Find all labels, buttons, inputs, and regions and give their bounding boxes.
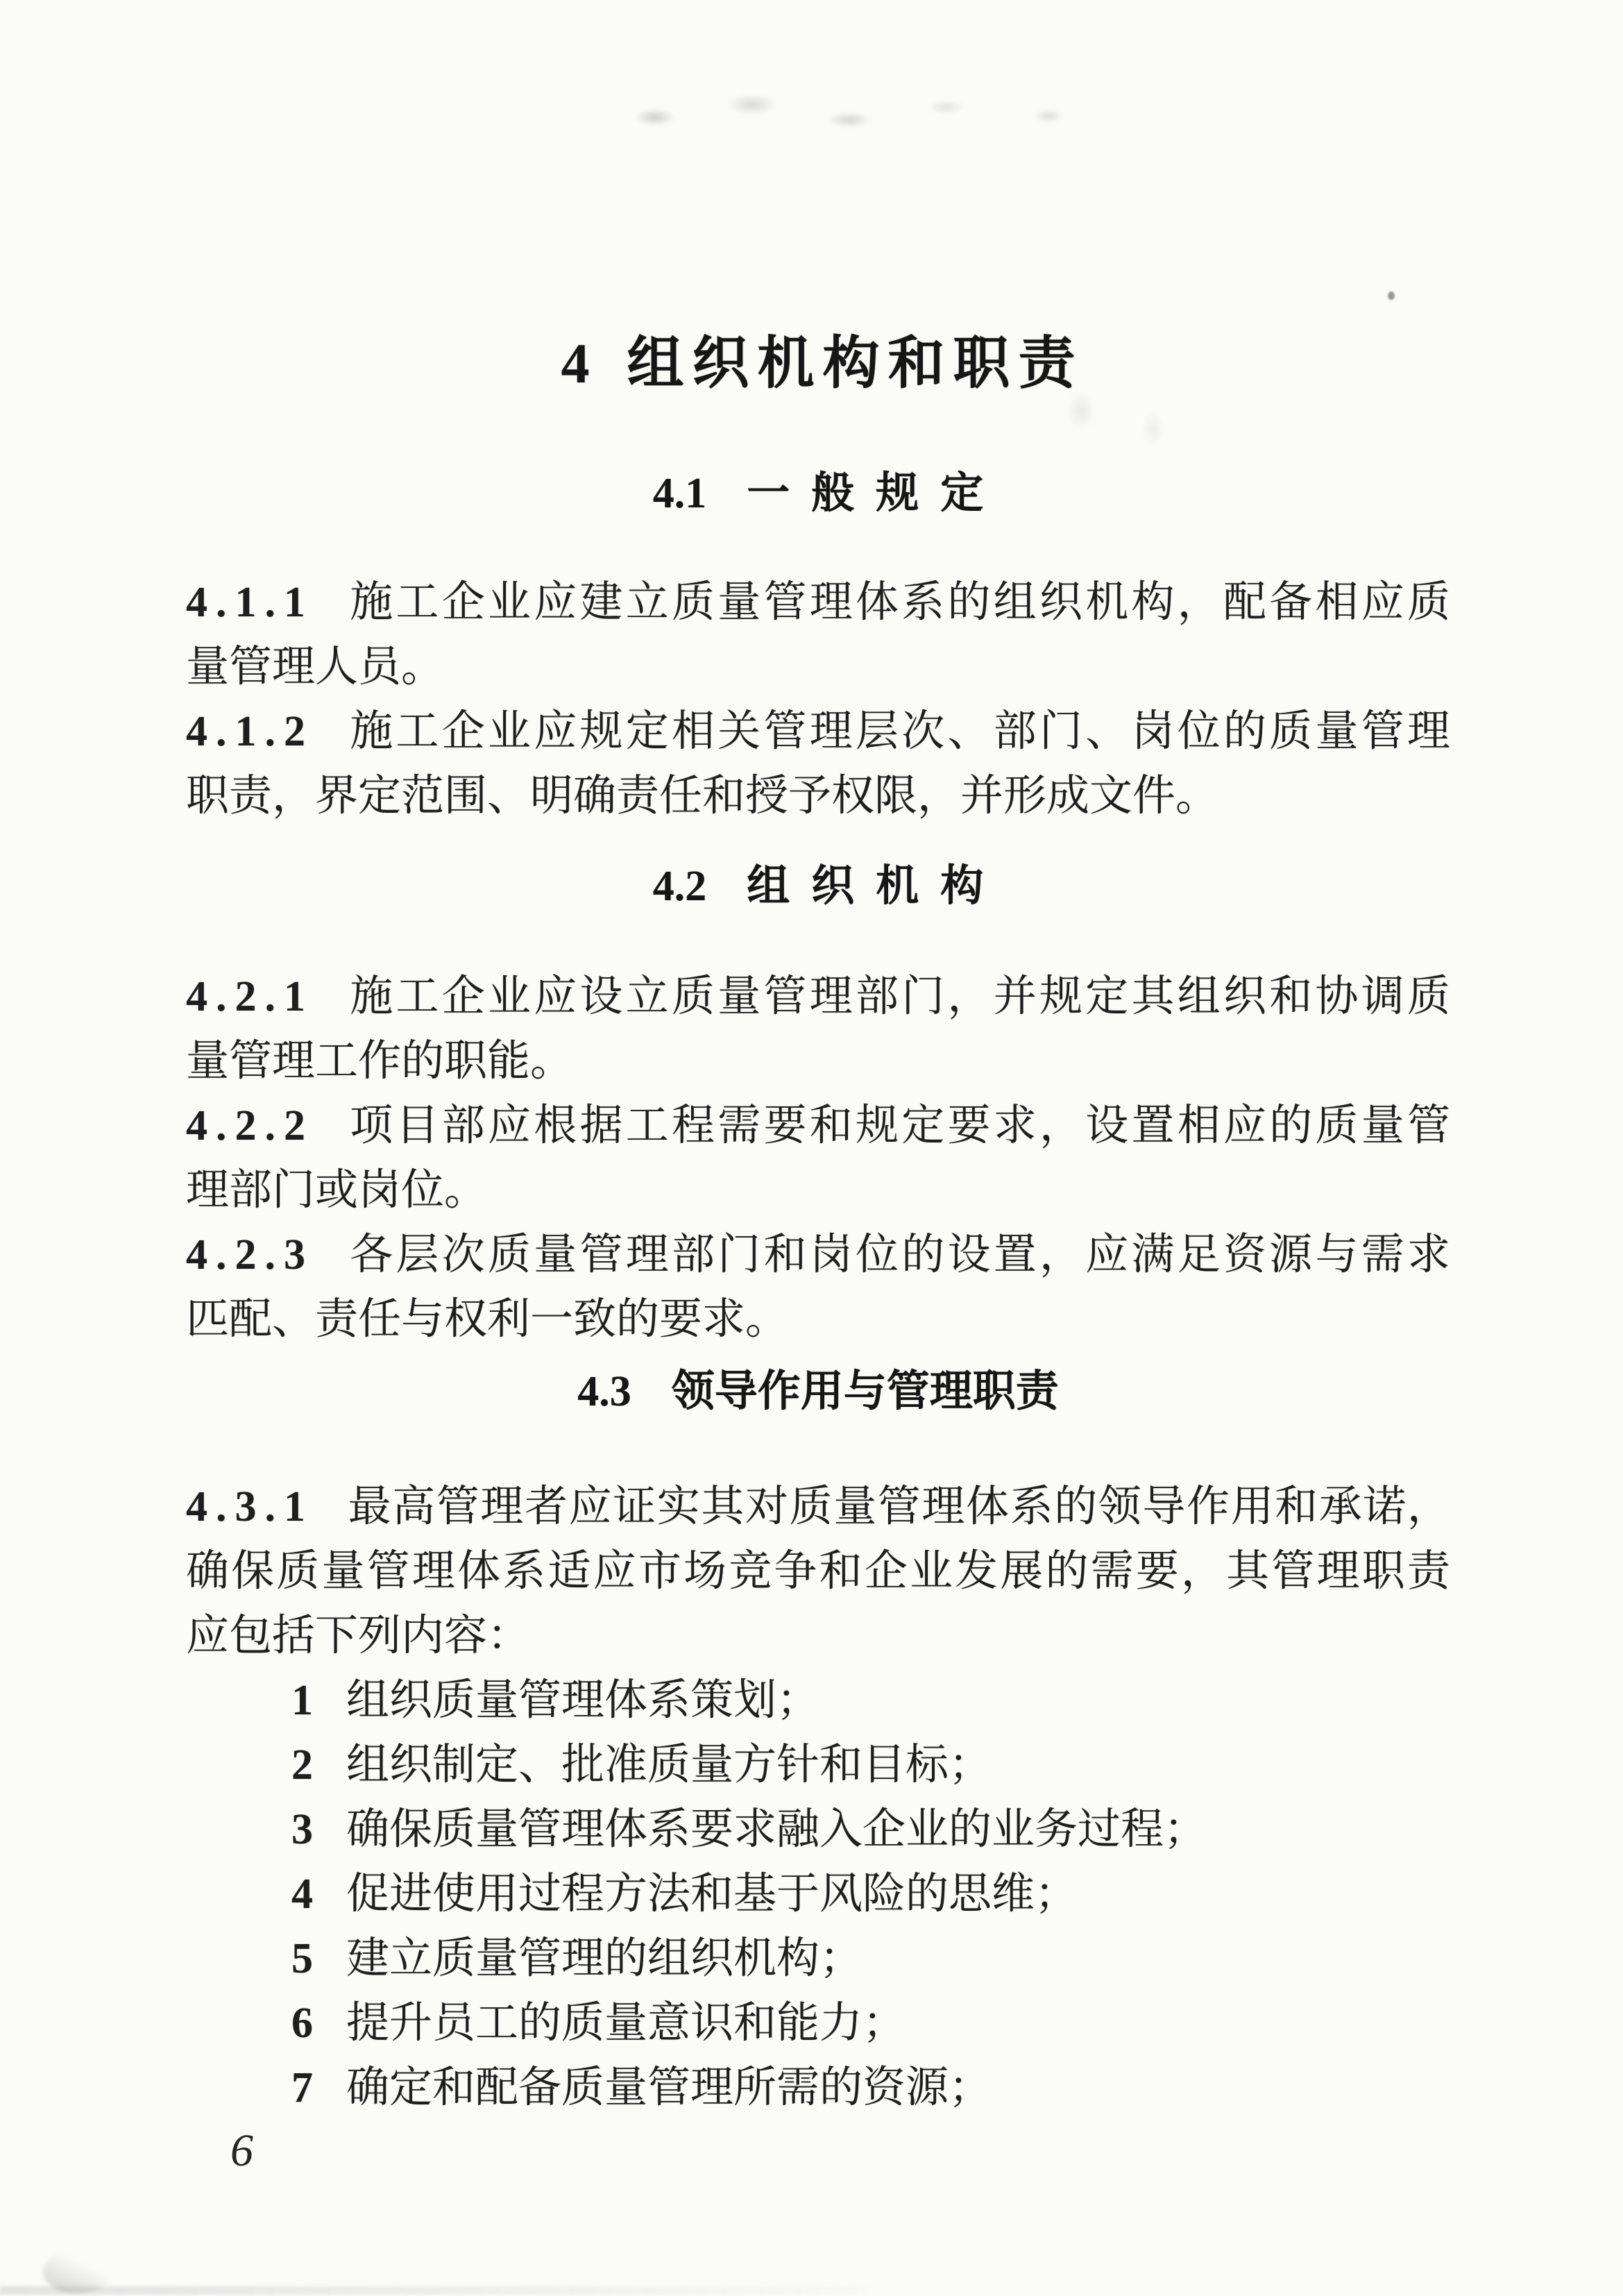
clause-4-3-1: 4.3.1最高管理者应证实其对质量管理体系的领导作用和承诺， 确保质量管理体系适…: [186, 1475, 1450, 1669]
scanned-document-page: 4组织机构和职责 4.1一般规定 4.1.1施工企业应建立质量管理体系的组织机构…: [0, 0, 1623, 2296]
list-item: 7确定和配备质量管理所需的资源；: [186, 2056, 1450, 2120]
chapter-title-text: 组织机构和职责: [627, 332, 1083, 395]
clause-number: 4.1.2: [186, 708, 314, 755]
list-item: 3确保质量管理体系要求融入企业的业务过程；: [186, 1798, 1450, 1862]
list-item: 6提升员工的质量意识和能力；: [186, 1991, 1450, 2056]
clause-line: 匹配、责任与权利一致的要求。: [186, 1288, 1450, 1352]
scan-edge-shadow: [0, 2286, 867, 2295]
clause-4-2-2: 4.2.2项目部应根据工程需要和规定要求，设置相应的质量管 理部门或岗位。: [186, 1094, 1450, 1223]
numbered-list: 1组织质量管理体系策划； 2组织制定、批准质量方针和目标； 3确保质量管理体系要…: [186, 1669, 1450, 2120]
list-item-text: 组织质量管理体系策划；: [346, 1677, 819, 1724]
clause-4-1-1: 4.1.1施工企业应建立质量管理体系的组织机构，配备相应质 量管理人员。: [186, 571, 1450, 700]
clause-line: 4.2.1施工企业应设立质量管理部门，并规定其组织和协调质: [186, 965, 1450, 1029]
clause-text: 最高管理者应证实其对质量管理体系的领导作用和承诺，: [347, 1483, 1450, 1530]
section-title-text: 组织机构: [747, 863, 1005, 910]
clause-text: 项目部应根据工程需要和规定要求，设置相应的质量管: [347, 1102, 1450, 1149]
list-item: 2组织制定、批准质量方针和目标；: [186, 1733, 1450, 1798]
clause-line: 4.2.2项目部应根据工程需要和规定要求，设置相应的质量管: [186, 1094, 1450, 1158]
clause-line: 4.1.1施工企业应建立质量管理体系的组织机构，配备相应质: [186, 571, 1450, 635]
clause-line: 职责，界定范围、明确责任和授予权限，并形成文件。: [186, 764, 1450, 829]
clause-text: 量管理人员。: [186, 643, 444, 691]
list-item-text: 确定和配备质量管理所需的资源；: [346, 2064, 992, 2111]
clause-text: 各层次质量管理部门和岗位的设置，应满足资源与需求: [347, 1231, 1450, 1278]
list-item-number: 4: [291, 1871, 313, 1918]
list-item-text: 组织制定、批准质量方针和目标；: [346, 1741, 992, 1789]
clause-text: 量管理工作的职能。: [186, 1038, 573, 1085]
section-heading-4-2: 4.2组织机构: [186, 861, 1450, 912]
clause-number: 4.1.1: [186, 579, 314, 626]
section-number: 4.3: [577, 1368, 631, 1415]
clause-number: 4.3.1: [186, 1483, 314, 1530]
list-item-number: 1: [291, 1677, 313, 1724]
clause-text: 应包括下列内容：: [186, 1612, 530, 1660]
page-number: 6: [230, 2123, 1450, 2179]
clause-4-2-3: 4.2.3各层次质量管理部门和岗位的设置，应满足资源与需求 匹配、责任与权利一致…: [186, 1223, 1450, 1352]
scan-streak: [43, 2250, 112, 2293]
list-item-text: 促进使用过程方法和基于风险的思维；: [346, 1871, 1078, 1918]
chapter-number: 4: [561, 332, 589, 395]
clause-number: 4.2.1: [186, 973, 314, 1020]
clause-text: 确保质量管理体系适应市场竞争和企业发展的需要，其管理职责: [186, 1548, 1450, 1595]
clause-line: 量管理工作的职能。: [186, 1029, 1450, 1094]
list-item-number: 5: [291, 1935, 313, 1982]
list-item: 4促进使用过程方法和基于风险的思维；: [186, 1862, 1450, 1927]
clause-text: 职责，界定范围、明确责任和授予权限，并形成文件。: [186, 773, 1218, 820]
clause-line: 理部门或岗位。: [186, 1158, 1450, 1223]
section-number: 4.1: [653, 470, 707, 517]
clause-line: 应包括下列内容：: [186, 1604, 1450, 1669]
section-title-text: 领导作用与管理职责: [672, 1368, 1059, 1415]
clause-line: 量管理人员。: [186, 635, 1450, 700]
clause-line: 确保质量管理体系适应市场竞争和企业发展的需要，其管理职责: [186, 1539, 1450, 1604]
clause-4-1-2: 4.1.2施工企业应规定相关管理层次、部门、岗位的质量管理 职责，界定范围、明确…: [186, 700, 1450, 829]
list-item-number: 2: [291, 1741, 313, 1789]
list-item: 1组织质量管理体系策划；: [186, 1669, 1450, 1733]
list-item: 5建立质量管理的组织机构；: [186, 1927, 1450, 1991]
list-item-text: 提升员工的质量意识和能力；: [346, 2000, 906, 2047]
list-item-number: 7: [291, 2064, 313, 2111]
chapter-title: 4组织机构和职责: [186, 332, 1450, 396]
clause-line: 4.3.1最高管理者应证实其对质量管理体系的领导作用和承诺，: [186, 1475, 1450, 1539]
section-heading-4-3: 4.3领导作用与管理职责: [186, 1366, 1450, 1417]
clause-text: 理部门或岗位。: [186, 1167, 487, 1214]
clause-line: 4.1.2施工企业应规定相关管理层次、部门、岗位的质量管理: [186, 700, 1450, 764]
clause-line: 4.2.3各层次质量管理部门和岗位的设置，应满足资源与需求: [186, 1223, 1450, 1288]
clause-text: 施工企业应建立质量管理体系的组织机构，配备相应质: [347, 579, 1450, 626]
list-item-text: 确保质量管理体系要求融入企业的业务过程；: [346, 1806, 1207, 1853]
clause-number: 4.2.3: [186, 1231, 314, 1278]
page-content: 4组织机构和职责 4.1一般规定 4.1.1施工企业应建立质量管理体系的组织机构…: [186, 0, 1450, 2179]
section-number: 4.2: [653, 863, 707, 910]
list-item-number: 6: [291, 2000, 313, 2047]
clause-4-2-1: 4.2.1施工企业应设立质量管理部门，并规定其组织和协调质 量管理工作的职能。: [186, 965, 1450, 1094]
list-item-number: 3: [291, 1806, 313, 1853]
clause-text: 匹配、责任与权利一致的要求。: [186, 1296, 788, 1343]
section-heading-4-1: 4.1一般规定: [186, 468, 1450, 519]
clause-text: 施工企业应规定相关管理层次、部门、岗位的质量管理: [347, 708, 1450, 755]
clause-number: 4.2.2: [186, 1102, 314, 1149]
list-item-text: 建立质量管理的组织机构；: [346, 1935, 863, 1982]
section-title-text: 一般规定: [747, 470, 1005, 517]
clause-text: 施工企业应设立质量管理部门，并规定其组织和协调质: [347, 973, 1450, 1020]
